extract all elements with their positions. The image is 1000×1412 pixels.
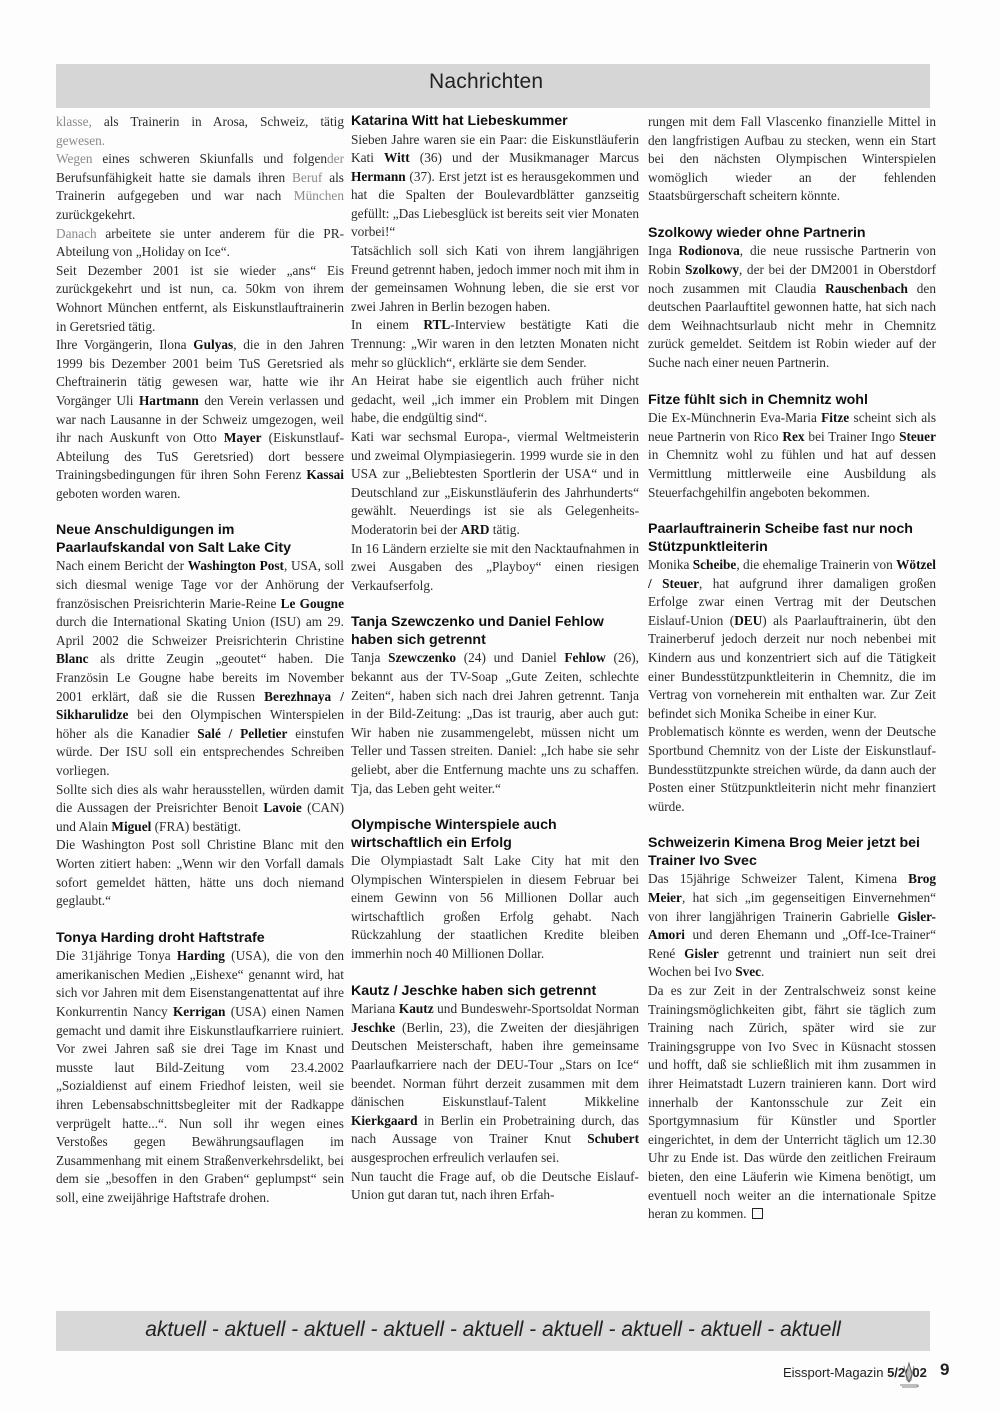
article-paragraph: Inga Rodionova, die neue russische Partn… — [648, 242, 936, 372]
article-paragraph: Nach einem Bericht der Washington Post, … — [56, 557, 344, 780]
article-spacer — [351, 798, 639, 817]
article-headline: Tanja Szewczenko und Daniel Fehlow haben… — [351, 614, 639, 649]
article-headline: Fitze fühlt sich in Chemnitz wohl — [648, 392, 936, 410]
article-paragraph: An Heirat habe sie eigentlich auch frühe… — [351, 372, 639, 428]
article-spacer — [648, 373, 936, 392]
article-paragraph: Seit Dezember 2001 ist sie wieder „ans“ … — [56, 262, 344, 336]
article-paragraph: Die Ex-Münchnerin Eva-Maria Fitze schein… — [648, 409, 936, 502]
article-spacer — [351, 964, 639, 983]
footer-banner-text: aktuell - aktuell - aktuell - aktuell - … — [56, 1318, 930, 1342]
publication-name: Eissport-Magazin — [783, 1365, 883, 1380]
article-headline: Olympische Winterspiele auch wirtschaftl… — [351, 817, 639, 852]
page-number: 9 — [940, 1360, 949, 1380]
article-paragraph: Problematisch könnte es werden, wenn der… — [648, 723, 936, 816]
article-paragraph: Das 15jährige Schweizer Talent, Kimena B… — [648, 870, 936, 982]
article-paragraph: Wegen eines schweren Skiunfalls und folg… — [56, 150, 344, 224]
article-paragraph: Die 31jährige Tonya Harding (USA), die v… — [56, 947, 344, 1207]
article-paragraph: Mariana Kautz und Bundeswehr-Sportsoldat… — [351, 1000, 639, 1167]
article-headline: Katarina Witt hat Liebeskummer — [351, 113, 639, 131]
article-paragraph: Da es zur Zeit in der Zentralschweiz son… — [648, 982, 936, 1224]
section-title: Nachrichten — [429, 70, 543, 94]
article-paragraph: Tatsächlich soll sich Kati von ihrem lan… — [351, 242, 639, 316]
article-paragraph: Sieben Jahre waren sie ein Paar: die Eis… — [351, 131, 639, 243]
article-spacer — [648, 206, 936, 225]
article-spacer — [648, 502, 936, 521]
column-right: rungen mit dem Fall Vlascenko finanziell… — [648, 113, 936, 1224]
article-spacer — [648, 816, 936, 835]
column-left: klasse, als Trainerin in Arosa, Schweiz,… — [56, 113, 344, 1208]
article-headline: Paarlauftrainerin Scheibe fast nur noch … — [648, 521, 936, 556]
article-headline: Schweizerin Kimena Brog Meier jetzt bei … — [648, 835, 936, 870]
article-paragraph: Kati war sechsmal Europa-, viermal Weltm… — [351, 428, 639, 540]
article-paragraph: Die Washington Post soll Christine Blanc… — [56, 836, 344, 910]
article-paragraph: Danach arbeitete sie unter anderem für d… — [56, 225, 344, 262]
article-paragraph: In einem RTL-Interview bestätigte Kati d… — [351, 316, 639, 372]
article-paragraph: Nun taucht die Frage auf, ob die Deutsch… — [351, 1168, 639, 1205]
article-spacer — [56, 911, 344, 930]
article-paragraph: klasse, als Trainerin in Arosa, Schweiz,… — [56, 113, 344, 150]
article-paragraph: In 16 Ländern erzielte sie mit den Nackt… — [351, 540, 639, 596]
column-middle: Katarina Witt hat LiebeskummerSieben Jah… — [351, 113, 639, 1205]
article-paragraph: Tanja Szewczenko (24) und Daniel Fehlow … — [351, 649, 639, 798]
skate-emblem-icon — [897, 1360, 921, 1390]
article-headline: Kautz / Jeschke haben sich getrennt — [351, 983, 639, 1001]
article-paragraph: Sollte sich dies als wahr herausstellen,… — [56, 781, 344, 837]
article-paragraph: rungen mit dem Fall Vlascenko finanziell… — [648, 113, 936, 206]
article-paragraph: Die Olympiastadt Salt Lake City hat mit … — [351, 852, 639, 964]
article-paragraph: Monika Scheibe, die ehemalige Trainerin … — [648, 556, 936, 723]
article-spacer — [351, 595, 639, 614]
article-headline: Neue Anschuldigungen im Paarlaufskandal … — [56, 522, 344, 557]
article-headline: Szolkowy wieder ohne Partnerin — [648, 225, 936, 243]
article-paragraph: Ihre Vorgängerin, Ilona Gulyas, die in d… — [56, 336, 344, 503]
article-headline: Tonya Harding droht Haftstrafe — [56, 930, 344, 948]
magazine-page: Nachrichten klasse, als Trainerin in Aro… — [0, 0, 1000, 1412]
article-spacer — [56, 503, 344, 522]
